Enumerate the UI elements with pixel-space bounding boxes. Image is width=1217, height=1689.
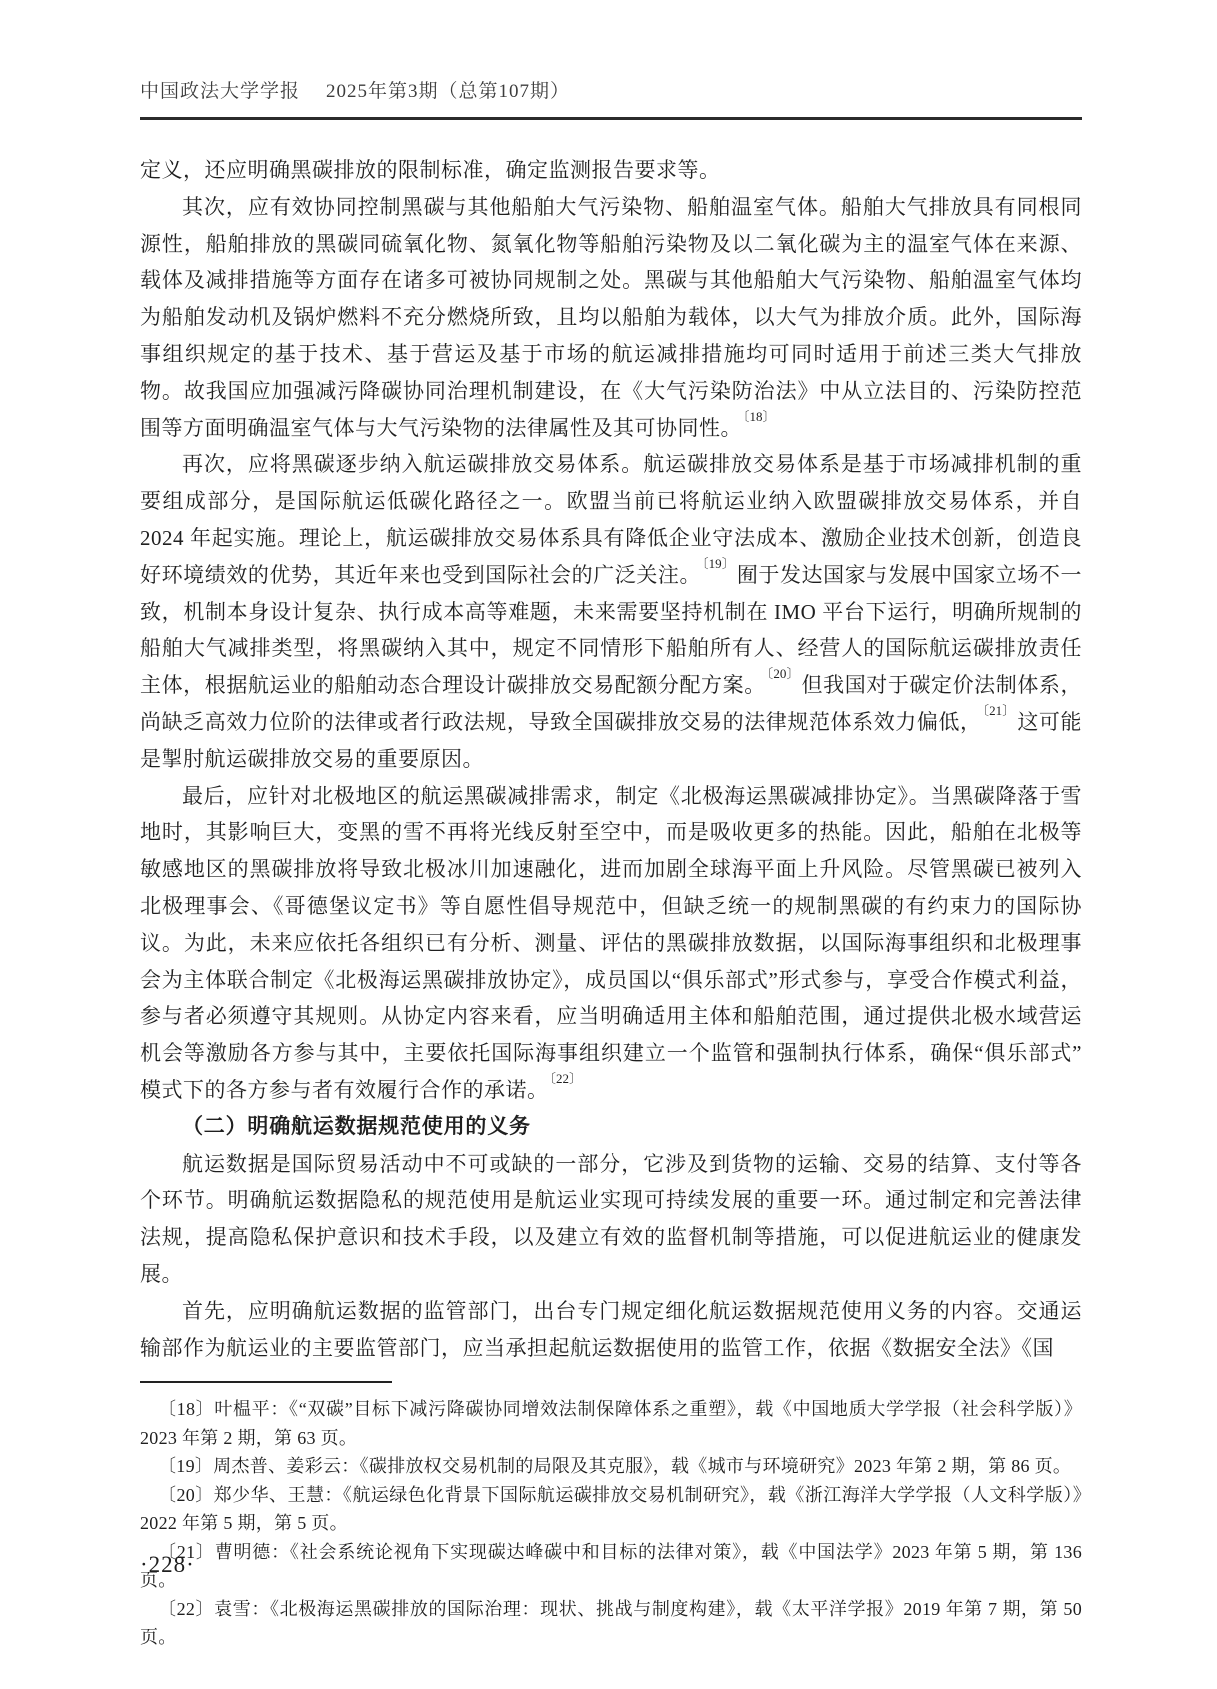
- text-run: 定义，还应明确黑碳排放的限制标准，确定监测报告要求等。: [140, 158, 721, 182]
- text-run: 首先，应明确航运数据的监管部门，出台专门规定细化航运数据规范使用义务的内容。交通…: [140, 1299, 1082, 1360]
- page-number: ·228·: [140, 1552, 195, 1578]
- body-paragraph: 定义，还应明确黑碳排放的限制标准，确定监测报告要求等。: [140, 152, 1082, 189]
- journal-page: 中国政法大学学报 2025年第3期（总第107期） 定义，还应明确黑碳排放的限制…: [0, 0, 1217, 1689]
- body-paragraph: 首先，应明确航运数据的监管部门，出台专门规定细化航运数据规范使用义务的内容。交通…: [140, 1293, 1082, 1367]
- footnote-separator: [140, 1381, 392, 1383]
- footnote-ref: 〔18〕: [743, 409, 776, 424]
- footnote-section: 〔18〕叶榅平：《“双碳”目标下减污降碳协同增效法制保障体系之重塑》，载《中国地…: [140, 1395, 1082, 1652]
- body-paragraph: 航运数据是国际贸易活动中不可或缺的一部分，它涉及到货物的运输、交易的结算、支付等…: [140, 1146, 1082, 1293]
- footnote-ref: 〔21〕: [983, 703, 1016, 718]
- body-paragraph: 最后，应针对北极地区的航运黑碳减排需求，制定《北极海运黑碳减排协定》。当黑碳降落…: [140, 778, 1082, 1109]
- journal-title: 中国政法大学学报: [140, 76, 300, 103]
- text-run: 最后，应针对北极地区的航运黑碳减排需求，制定《北极海运黑碳减排协定》。当黑碳降落…: [140, 784, 1082, 1102]
- footnote-ref: 〔20〕: [767, 666, 800, 681]
- text-run: 其次，应有效协同控制黑碳与其他船舶大气污染物、船舶温室气体。船舶大气排放具有同根…: [140, 195, 1082, 440]
- footnote-item: 〔21〕曹明德：《社会系统论视角下实现碳达峰碳中和目标的法律对策》，载《中国法学…: [140, 1538, 1082, 1595]
- footnote-item: 〔19〕周杰普、姜彩云：《碳排放权交易机制的局限及其克服》，载《城市与环境研究》…: [140, 1452, 1082, 1481]
- footnote-ref: 〔19〕: [702, 556, 735, 571]
- footnote-item: 〔22〕袁雪：《北极海运黑碳排放的国际治理：现状、挑战与制度构建》，载《太平洋学…: [140, 1595, 1082, 1652]
- running-head: 中国政法大学学报 2025年第3期（总第107期）: [140, 76, 1082, 103]
- article-body: 定义，还应明确黑碳排放的限制标准，确定监测报告要求等。其次，应有效协同控制黑碳与…: [140, 152, 1082, 1366]
- body-paragraph: 其次，应有效协同控制黑碳与其他船舶大气污染物、船舶温室气体。船舶大气排放具有同根…: [140, 189, 1082, 447]
- text-run: 航运数据是国际贸易活动中不可或缺的一部分，它涉及到货物的运输、交易的结算、支付等…: [140, 1152, 1082, 1286]
- issue-info: 2025年第3期（总第107期）: [326, 76, 570, 103]
- footnote-item: 〔20〕郑少华、王慧：《航运绿色化背景下国际航运碳排放交易机制研究》，载《浙江海…: [140, 1481, 1082, 1538]
- section-heading: （二）明确航运数据规范使用的义务: [140, 1109, 1082, 1146]
- footnote-item: 〔18〕叶榅平：《“双碳”目标下减污降碳协同增效法制保障体系之重塑》，载《中国地…: [140, 1395, 1082, 1452]
- text-run: （二）明确航运数据规范使用的义务: [182, 1115, 531, 1138]
- header-rule: [140, 117, 1082, 120]
- page-header: 中国政法大学学报 2025年第3期（总第107期）: [140, 76, 1082, 120]
- footnote-ref: 〔22〕: [550, 1071, 583, 1086]
- body-paragraph: 再次，应将黑碳逐步纳入航运碳排放交易体系。航运碳排放交易体系是基于市场减排机制的…: [140, 446, 1082, 777]
